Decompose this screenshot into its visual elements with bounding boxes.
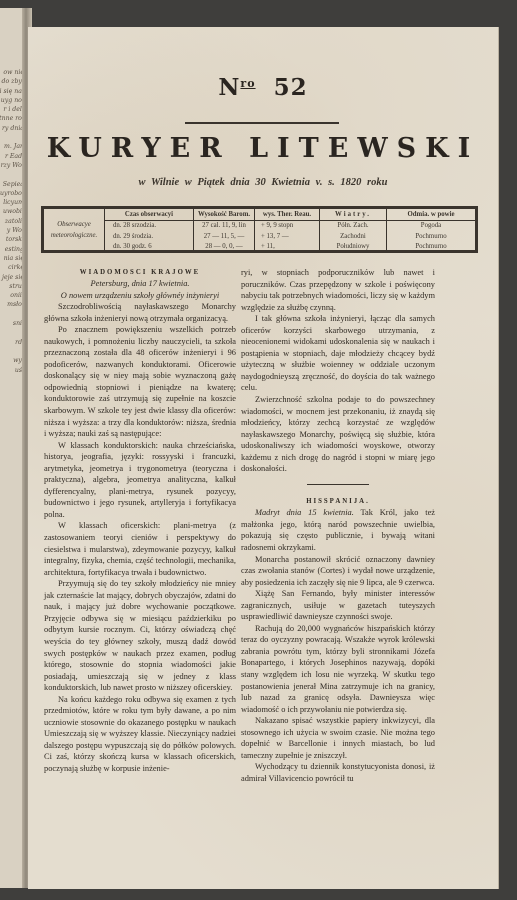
weather-col-winds: Wiatry. Półn. Zach. Zachodni Południowy	[320, 209, 387, 250]
issue-number-value: 52	[274, 74, 308, 101]
newspaper-page: Nro 52 KURYER LITEWSKI w Wilnie w Piątek…	[28, 27, 498, 889]
left-column: WIADOMOSCI KRAJOWE Petersburg, dnia 17 k…	[44, 267, 236, 775]
weather-col-header: Czas obserwacyi	[105, 209, 193, 221]
section-divider	[307, 484, 369, 486]
issue-number-prefix: N	[218, 74, 240, 101]
article-paragraph: Przyymują się do tey szkoły młodzieńcy n…	[44, 578, 236, 693]
article-paragraph: Madryt dnia 15 kwietnia. Tak Król, jako …	[241, 507, 435, 553]
weather-observations-table: Obserwacye meteorologiczne. Czas obserwa…	[41, 206, 478, 253]
weather-col-barometer: Wysokość Barom. 27 cal. 11, 9, lin 27 — …	[194, 209, 255, 250]
issue-dateline: w Wilnie w Piątek dnia 30 Kwietnia v. s.…	[28, 177, 498, 188]
masthead-rule	[185, 122, 339, 124]
newspaper-title: KURYER LITEWSKI	[28, 133, 498, 164]
issue-number-suffix: ro	[240, 77, 255, 90]
issue-number: Nro 52	[28, 74, 498, 101]
section-title-domestic: WIADOMOSCI KRAJOWE	[44, 267, 236, 278]
article-paragraph: W klassach oficerskich: plani-metrya (z …	[44, 520, 236, 578]
article-paragraph: I tak główna szkoła inżynieryi, łącząc d…	[241, 313, 435, 394]
weather-table-label: Obserwacye meteorologiczne.	[44, 209, 105, 250]
article-paragraph: W klassach konduktorskich: nauka chrześc…	[44, 440, 236, 521]
article-paragraph: Monarcha postanowił skrócić oznaczony da…	[241, 554, 435, 589]
article-headline: O nowem urządzeniu szkoły głównéy inżyni…	[44, 290, 236, 302]
right-column: ryi, w stopniach podporuczników lub nawe…	[241, 267, 435, 784]
article-paragraph: Po znacznem powiększeniu wszelkich potrz…	[44, 324, 236, 439]
article-paragraph: Xiążę San Fernando, były minister intere…	[241, 588, 435, 623]
article-paragraph: Wychodzący tu dziennik konstytucyonista …	[241, 761, 435, 784]
article-dateline: Petersburg, dnia 17 kwietnia.	[44, 278, 236, 290]
weather-col-thermometer: wys. Ther. Reau. + 9, 9 stopn + 13, 7 — …	[255, 209, 320, 250]
article-paragraph: ryi, w stopniach podporuczników lub nawe…	[241, 267, 435, 313]
article-paragraph: Rachują do 20,000 wygnańców hiszpańskich…	[241, 623, 435, 715]
weather-col-conditions: Odmia. w powie Pogoda Pochmurno Pochmurn…	[387, 209, 475, 250]
article-paragraph: Zwierzchność szkolna podaje to do powsze…	[241, 394, 435, 475]
article-paragraph: Szczodrobliwością nayłaskawszego Monarch…	[44, 301, 236, 324]
article-dateline: Madryt dnia 15 kwietnia.	[255, 508, 354, 517]
previous-page-text: ow nie ch do zby- ni się na- uyg no- r i…	[0, 68, 24, 375]
article-paragraph: Nakazano spisać wszystkie papiery inkwiz…	[241, 715, 435, 761]
weather-col-time: Czas obserwacyi dn. 28 srzodzia. dn. 29 …	[105, 209, 194, 250]
article-paragraph: Na końcu każdego roku odbywa się examen …	[44, 694, 236, 775]
section-title-spain: HISSPANIJA.	[241, 496, 435, 507]
